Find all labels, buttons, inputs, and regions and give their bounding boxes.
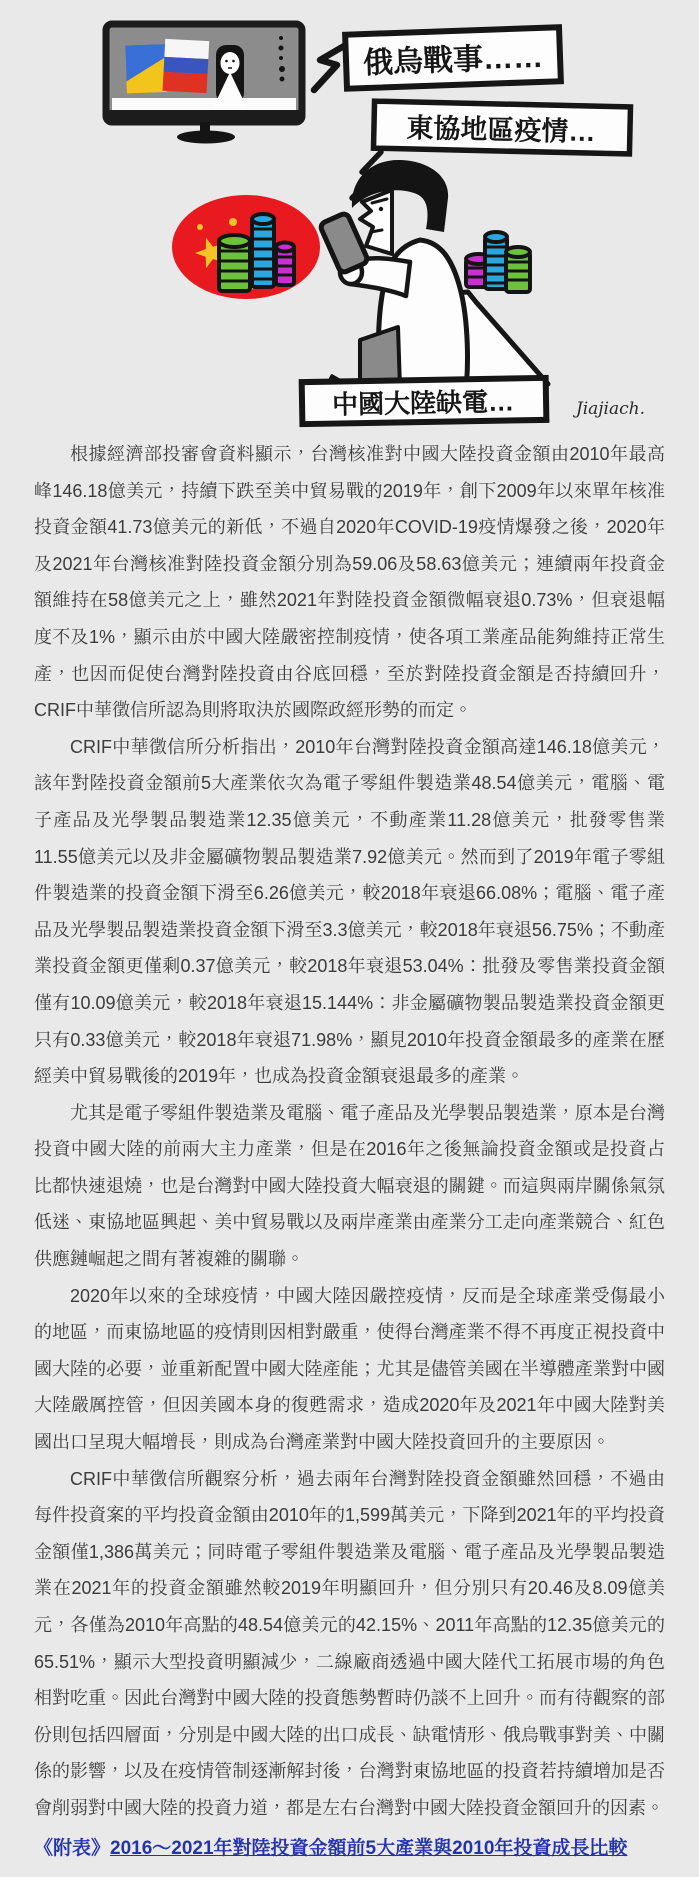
coin-stack-blue-icon: [252, 214, 274, 287]
speech-bubble-asean-text: 東協地區疫情…: [406, 113, 596, 147]
paragraph-1: 根據經濟部投審會資料顯示，台灣核准對中國大陸投資金額由2010年最高峰146.1…: [34, 436, 665, 729]
banner-power-shortage: 中國大陸缺電…: [302, 378, 547, 424]
paragraph-2: CRIF中華徵信所分析指出，2010年台灣對陸投資金額高達146.18億美元，該…: [34, 729, 665, 1095]
banner-power-text: 中國大陸缺電…: [332, 386, 515, 419]
coin-stack-blue-icon: [485, 232, 507, 289]
news-anchor-icon: [213, 45, 247, 108]
speech-bubble-war: 俄烏戰事……: [314, 27, 561, 90]
artist-signature: Jiajiach.: [573, 399, 645, 419]
article-body: 根據經濟部投審會資料顯示，台灣核准對中國大陸投資金額由2010年最高峰146.1…: [0, 428, 699, 1877]
appendix-prefix: 《附表》: [34, 1838, 110, 1859]
coin-stacks-right-icon: [466, 232, 530, 292]
coin-stack-green-icon: [219, 235, 250, 291]
coin-stack-magenta-icon: [276, 243, 294, 286]
paragraph-3: 尤其是電子零組件製造業及電腦、電子產品及光學製品製造業，原本是台灣投資中國大陸的…: [34, 1095, 665, 1278]
editorial-cartoon: 俄烏戰事…… 東協地區疫情…: [0, 0, 699, 428]
lightning-pointer-icon: [314, 46, 344, 90]
appendix-link[interactable]: 2016～2021年對陸投資金額前5大產業與2010年投資成長比較: [110, 1838, 627, 1859]
coin-stack-green-icon: [506, 247, 530, 292]
appendix-row: 《附表》2016～2021年對陸投資金額前5大產業與2010年投資成長比較: [34, 1831, 665, 1868]
page: { "page": { "background_color": "#e9e9e9…: [0, 0, 699, 1877]
speech-bubble-war-text: 俄烏戰事……: [363, 40, 544, 80]
tv-news-icon: [106, 24, 302, 144]
china-coins-icon: [172, 195, 320, 299]
russia-flag-icon: [163, 39, 210, 93]
paragraph-4: 2020年以來的全球疫情，中國大陸因嚴控疫情，反而是全球產業受傷最小的地區，而東…: [34, 1278, 665, 1461]
paragraph-5: CRIF中華徵信所觀察分析，過去兩年台灣對陸投資金額雖然回穩，不過由每件投資案的…: [34, 1461, 665, 1827]
ukraine-flag-icon: [125, 44, 167, 93]
